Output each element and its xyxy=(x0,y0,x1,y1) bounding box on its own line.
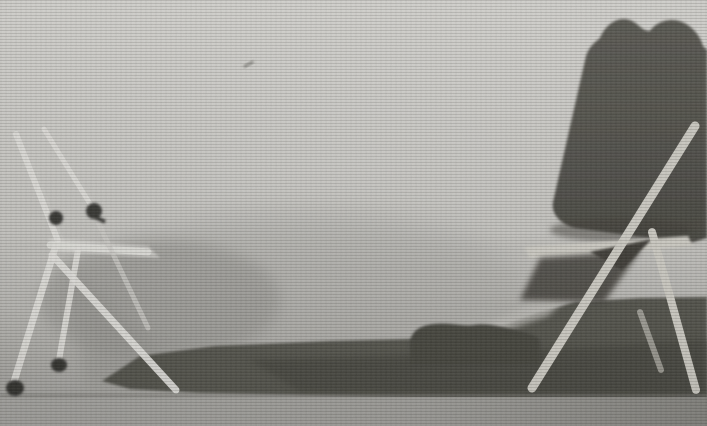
photograph xyxy=(0,0,707,426)
photo-canvas xyxy=(0,0,707,426)
film-grain-overlay xyxy=(0,0,707,426)
